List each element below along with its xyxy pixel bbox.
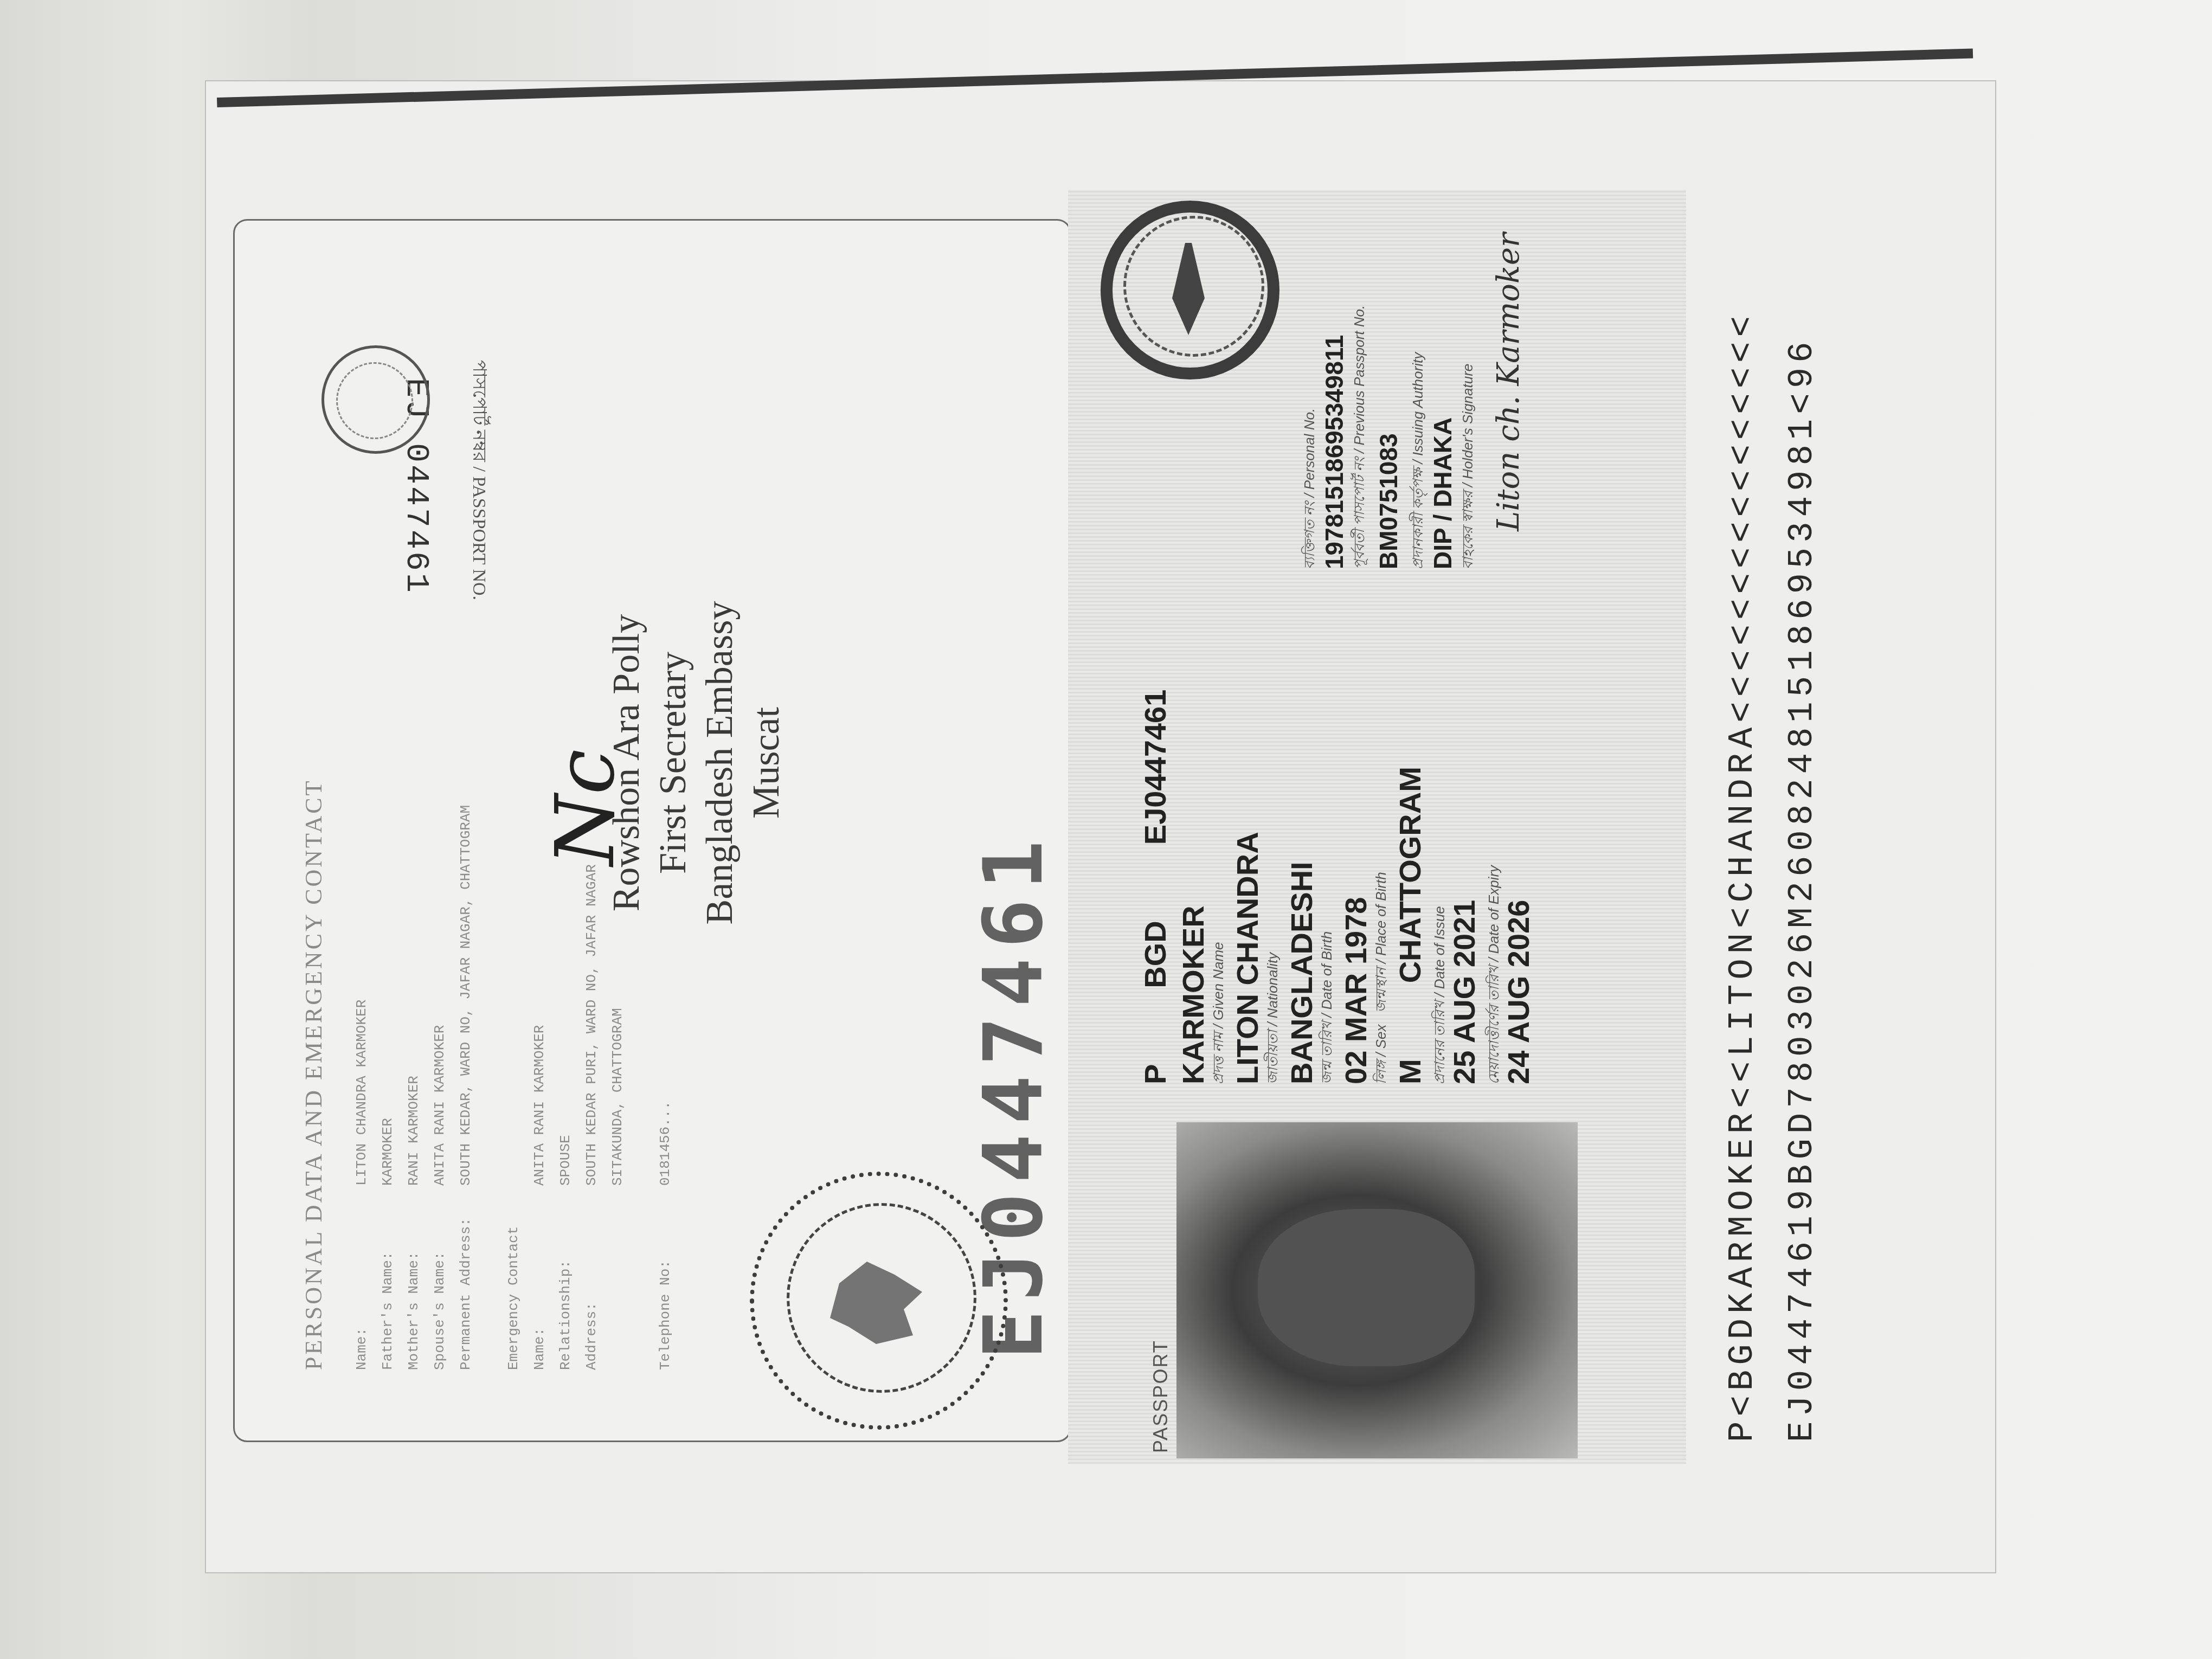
nationality-field: BANGLADESHI জন্ম তারিখ / Date of Birth: [1285, 596, 1335, 1084]
personal-number-field: ব্যক্তিগত নং / Personal No. 197815186953…: [1301, 190, 1367, 569]
surname-field: KARMOKER প্রদত্ত নাম / Given Name: [1176, 596, 1226, 1084]
emergency-title: Emergency Contact: [500, 805, 526, 1370]
national-emblem-icon: [1101, 201, 1279, 380]
issuing-authority-field: প্রদানকারী কর্তৃপক্ষ / Issuing Authority…: [1410, 190, 1476, 569]
passport-number-field: EJ0447461: [1139, 690, 1172, 845]
country-code-field: BGD: [1139, 921, 1172, 988]
passport-data-page: PASSPORT P BGD EJ0447461 KARMOKER প্রদত্…: [1068, 190, 1686, 1464]
officer-city: Muscat: [743, 465, 790, 1061]
mrz-line-2: EJ04474619BGD7803026M2608248151869534981…: [1773, 311, 1832, 1442]
passport-word: PASSPORT: [1149, 1340, 1172, 1453]
dob-field: 02 MAR 1978 লিঙ্গ / Sex জন্মস্থান / Plac…: [1339, 596, 1389, 1084]
mrz-line-1: P<BGDKARMOKER<<LITON<CHANDRA<<<<<<<<<<<<…: [1713, 311, 1773, 1442]
emergency-row: Relationship:SPOUSE: [552, 805, 578, 1370]
sex-field: M: [1393, 1059, 1427, 1084]
personal-row: Permanent Address:SOUTH KEDAR, WARD NO, …: [453, 805, 479, 1370]
holder-signature: Liton ch. Karmoker: [1491, 233, 1526, 531]
observation-page: PERSONAL DATA AND EMERGENCY CONTACT Name…: [233, 219, 1071, 1442]
officer-name: Rowshon Ara Polly: [603, 465, 650, 1061]
personal-row: Spouse's Name:ANITA RANI KARMOKER: [427, 805, 453, 1370]
date-of-expiry-field: মেয়াদোত্তীর্ণের তারিখ / Date of Expiry …: [1486, 596, 1535, 1084]
place-of-birth-field: CHATTOGRAM: [1393, 767, 1427, 983]
data-column-right: ব্যক্তিগত নং / Personal No. 197815186953…: [1301, 190, 1480, 569]
date-of-issue-field: প্রদানের তারিখ / Date of Issue 25 AUG 20…: [1431, 596, 1481, 1084]
officer-title: First Secretary: [650, 465, 697, 1061]
personal-row: Mother's Name:RANI KARMOKER: [401, 805, 427, 1370]
emergency-row: Address:SOUTH KEDAR PURI, WARD NO, JAFAR…: [578, 805, 605, 1370]
officer-office: Bangladesh Embassy: [697, 465, 743, 1061]
type-field: P: [1139, 1064, 1172, 1084]
observation-passport-label: পাসপোর্ট নম্বর / PASSPORT NO.: [462, 360, 493, 600]
data-column-main: P BGD EJ0447461 KARMOKER প্রদত্ত নাম / G…: [1139, 596, 1540, 1084]
officer-block: Rowshon Ara Polly First Secretary Bangla…: [603, 465, 790, 1061]
dip-seal-icon: [321, 345, 430, 454]
emergency-row: Name:ANITA RANI KARMOKER: [526, 805, 552, 1370]
holder-photo: [1176, 1122, 1578, 1458]
previous-passport-field: BM0751083: [1372, 190, 1405, 569]
face-silhouette: [1258, 1209, 1475, 1366]
personal-data-title: PERSONAL DATA AND EMERGENCY CONTACT: [300, 779, 327, 1370]
machine-readable-zone: P<BGDKARMOKER<<LITON<CHANDRA<<<<<<<<<<<<…: [1713, 311, 1832, 1442]
embassy-stamp-icon: [750, 1172, 1008, 1430]
personal-row: Name:LITON CHANDRA KARMOKER: [349, 805, 375, 1370]
given-name-field: LITON CHANDRA জাতীয়তা / Nationality: [1231, 596, 1281, 1084]
personal-row: Father's Name:KARMOKER: [375, 805, 401, 1370]
passport-copy: PERSONAL DATA AND EMERGENCY CONTACT Name…: [233, 108, 1914, 1464]
